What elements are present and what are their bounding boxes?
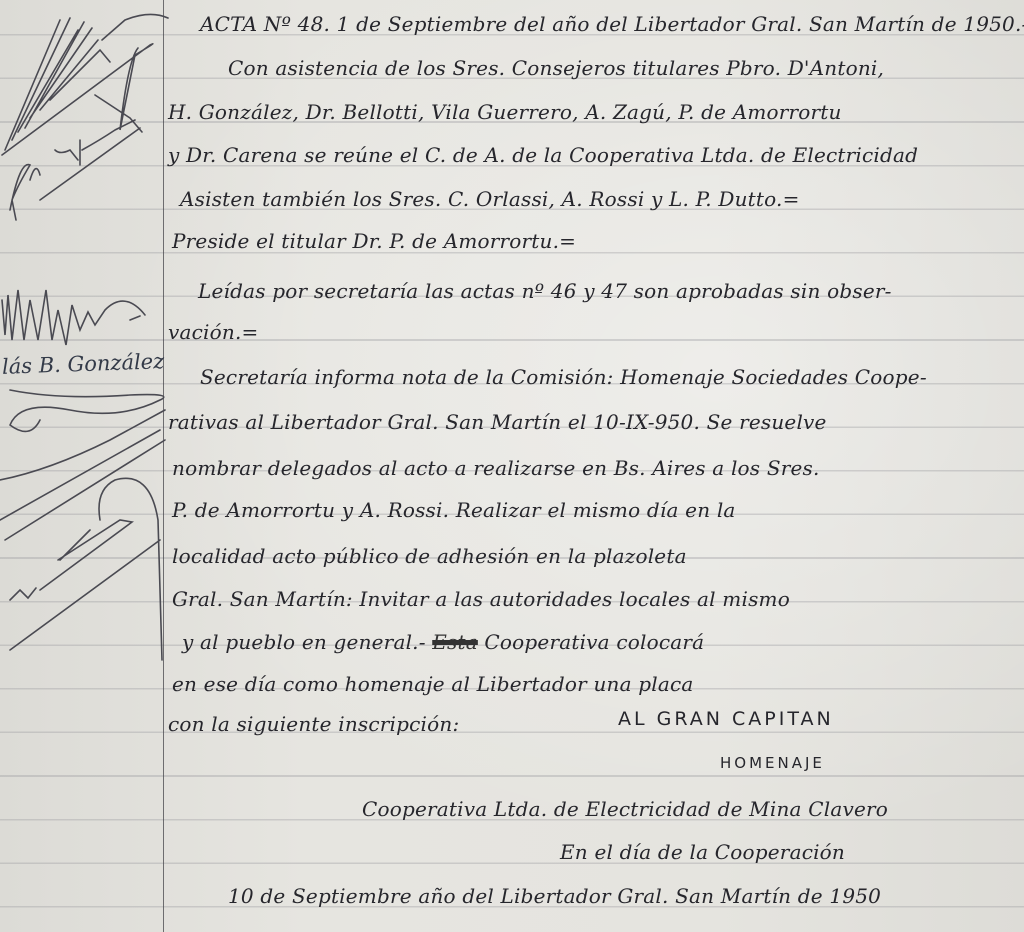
minutes-line: Secretaría informa nota de la Comisión: …: [200, 365, 927, 389]
minutes-line: con la siguiente inscripción:: [168, 712, 459, 736]
minutes-heading: ACTA Nº 48. 1 de Septiembre del año del …: [200, 12, 1024, 36]
minutes-line: H. González, Dr. Bellotti, Vila Guerrero…: [168, 100, 842, 124]
minutes-line: vación.=: [168, 320, 258, 344]
minutes-line: rativas al Libertador Gral. San Martín e…: [168, 410, 827, 434]
minutes-line: Con asistencia de los Sres. Consejeros t…: [228, 56, 884, 80]
minutes-line: en ese día como homenaje al Libertador u…: [172, 672, 694, 696]
minutes-line: P. de Amorrortu y A. Rossi. Realizar el …: [172, 498, 736, 522]
inscription-date: 10 de Septiembre año del Libertador Gral…: [228, 884, 881, 908]
minutes-line: nombrar delegados al acto a realizarse e…: [172, 456, 820, 480]
inscription-cooperativa: Cooperativa Ltda. de Electricidad de Min…: [362, 797, 888, 821]
minutes-line: Gral. San Martín: Invitar a las autorida…: [172, 587, 790, 611]
minutes-line-text: y al pueblo en general.-: [182, 630, 432, 654]
inscription-dia-cooperacion: En el día de la Cooperación: [560, 840, 845, 864]
struck-word: Esta: [432, 630, 478, 654]
minutes-line: y al pueblo en general.- Esta Cooperativ…: [182, 630, 704, 654]
minutes-line: localidad acto público de adhesión en la…: [172, 544, 687, 568]
minutes-line: Leídas por secretaría las actas nº 46 y …: [198, 279, 892, 303]
minutes-line-text: Cooperativa colocará: [484, 630, 704, 654]
minutes-line: Asisten también los Sres. C. Orlassi, A.…: [180, 187, 800, 211]
inscription-homenaje: HOMENAJE: [720, 754, 825, 772]
minutes-line: Preside el titular Dr. P. de Amorrortu.=: [172, 229, 576, 253]
minutes-line: y Dr. Carena se reúne el C. de A. de la …: [168, 143, 918, 167]
inscription-title: AL GRAN CAPITAN: [618, 708, 834, 730]
minutes-text: ACTA Nº 48. 1 de Septiembre del año del …: [0, 0, 1024, 932]
